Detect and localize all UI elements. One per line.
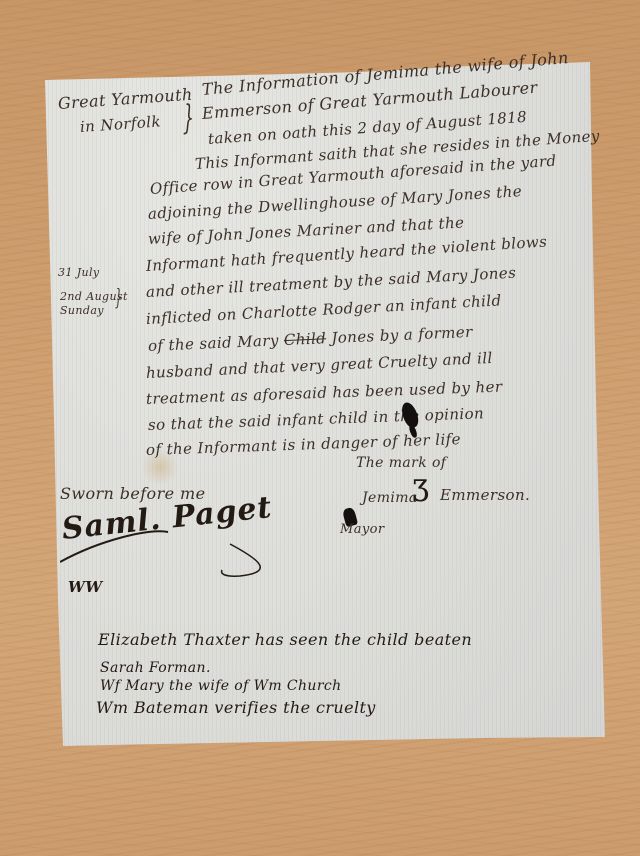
mark-surname: Emmerson. xyxy=(440,486,530,504)
note-line-1: Elizabeth Thaxter has seen the child bea… xyxy=(98,630,472,649)
mark-symbol: Ʒ xyxy=(412,474,429,509)
brace-icon: } xyxy=(115,286,122,311)
magistrate-title: Mayor xyxy=(340,522,384,537)
note-line-4: Wm Bateman verifies the cruelty xyxy=(96,698,376,717)
note-line-3: Wf Mary the wife of Wm Church xyxy=(100,678,342,694)
margin-date-1: 31 July xyxy=(58,266,100,279)
note-line-2: Sarah Forman. xyxy=(100,660,211,676)
margin-date-3: Sunday xyxy=(60,304,104,317)
struck-word: Child xyxy=(283,329,326,349)
mark-label: The mark of xyxy=(356,455,446,471)
brace-icon: } xyxy=(183,98,194,138)
initials: WW xyxy=(68,578,103,596)
signature-flourish xyxy=(60,520,320,580)
mark-name: Jemima xyxy=(362,490,418,506)
